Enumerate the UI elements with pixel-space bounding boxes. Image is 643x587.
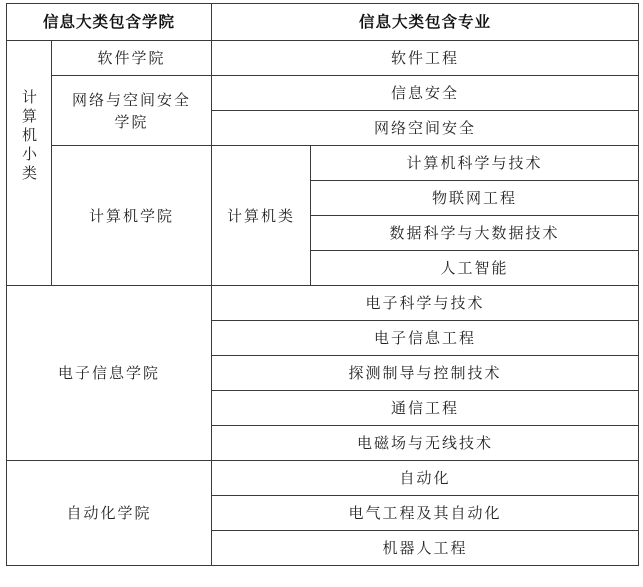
header-row: 信息大类包含学院 信息大类包含专业 — [7, 4, 639, 41]
major-cell: 信息安全 — [212, 76, 639, 111]
table-row: 自动化学院 自动化 — [7, 461, 639, 496]
major-cell: 人工智能 — [311, 251, 639, 286]
major-cell: 电子科学与技术 — [212, 286, 639, 321]
table-row: 电子信息学院 电子科学与技术 — [7, 286, 639, 321]
college-cell: 自动化学院 — [7, 461, 212, 566]
category-cell: 计算机类 — [212, 146, 311, 286]
major-cell: 自动化 — [212, 461, 639, 496]
major-cell: 计算机科学与技术 — [311, 146, 639, 181]
major-cell: 电磁场与无线技术 — [212, 426, 639, 461]
header-majors: 信息大类包含专业 — [212, 4, 639, 41]
major-cell: 探测制导与控制技术 — [212, 356, 639, 391]
college-cell: 软件学院 — [52, 41, 212, 76]
table-row: 计算机学院 计算机类 计算机科学与技术 — [7, 146, 639, 181]
group-label: 计算机小类 — [19, 89, 39, 184]
table-row: 网络与空间安全学院 信息安全 — [7, 76, 639, 111]
college-cell: 计算机学院 — [52, 146, 212, 286]
major-cell: 物联网工程 — [311, 181, 639, 216]
major-cell: 电气工程及其自动化 — [212, 496, 639, 531]
major-cell: 通信工程 — [212, 391, 639, 426]
major-cell: 数据科学与大数据技术 — [311, 216, 639, 251]
group-label-cell: 计算机小类 — [7, 41, 52, 286]
college-cell: 电子信息学院 — [7, 286, 212, 461]
major-cell: 机器人工程 — [212, 531, 639, 566]
header-colleges: 信息大类包含学院 — [7, 4, 212, 41]
table-row: 计算机小类 软件学院 软件工程 — [7, 41, 639, 76]
college-cell: 网络与空间安全学院 — [52, 76, 212, 146]
major-cell: 网络空间安全 — [212, 111, 639, 146]
major-cell: 电子信息工程 — [212, 321, 639, 356]
college-name: 网络与空间安全学院 — [72, 91, 191, 131]
college-majors-table: 信息大类包含学院 信息大类包含专业 计算机小类 软件学院 软件工程 网络与空间安… — [6, 3, 639, 566]
major-cell: 软件工程 — [212, 41, 639, 76]
